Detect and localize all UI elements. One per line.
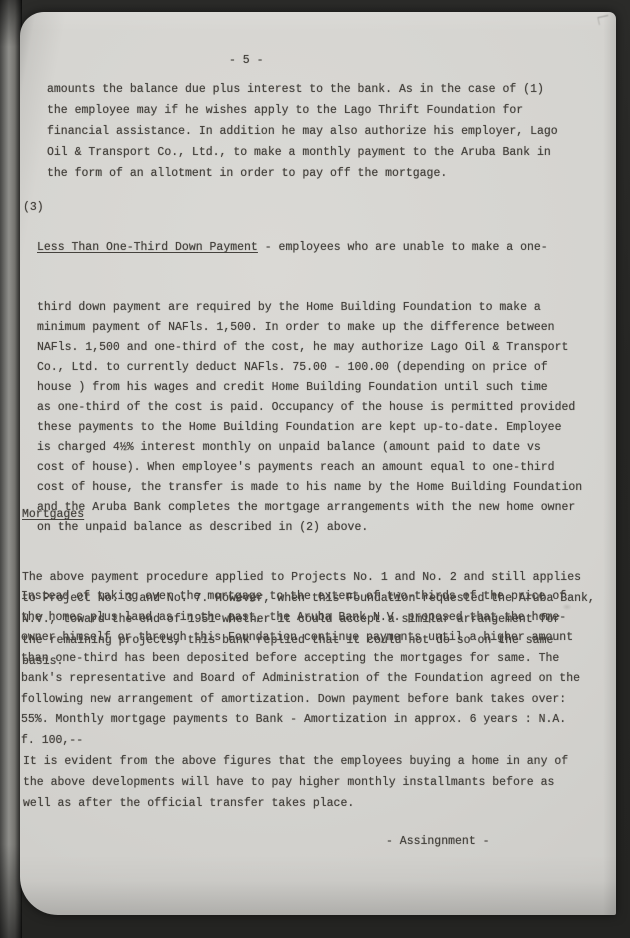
text-line: It is evident from the above figures tha… [23, 751, 568, 772]
text-line: following new arrangement of amortizatio… [21, 690, 580, 711]
text-line: the homes plus land as in the past, the … [21, 608, 580, 629]
text-line: Co., Ltd. to currently deduct NAFls. 75.… [37, 358, 582, 378]
text-line: these payments to the Home Building Foun… [37, 418, 582, 438]
mortgages-heading: Mortgages [22, 504, 595, 525]
text-line: Instead of taking over the mortgage to t… [21, 587, 580, 608]
footer-note: - Assingnment - [386, 831, 490, 852]
text-line: f. 100,-- [21, 731, 580, 752]
item-3-heading-rest: - employees who are unable to make a one… [258, 241, 548, 254]
text-line: than one-third has been deposited before… [21, 649, 580, 670]
page-number: - 5 - [229, 50, 264, 71]
text-line: the above developments will have to pay … [23, 772, 568, 793]
conclusion-paragraph: It is evident from the above figures tha… [23, 751, 568, 814]
text-line: is charged 4½% interest monthly on unpai… [37, 438, 582, 458]
item-3-heading: Less Than One-Third Down Payment [37, 241, 258, 254]
text-line: 55%. Monthly mortgage payments to Bank -… [21, 710, 580, 731]
text-line: Oil & Transport Co., Ltd., to make a mon… [47, 142, 558, 163]
book-spine [0, 0, 22, 938]
text-line: The above payment procedure applied to P… [22, 567, 595, 588]
scanned-document-page: - 5 - amounts the balance due plus inter… [0, 0, 630, 938]
text-line: well as after the official transfer take… [23, 793, 568, 814]
text-line: third down payment are required by the H… [37, 298, 582, 318]
text-line: NAFls. 1,500 and one-third of the cost, … [37, 338, 582, 358]
text-line: financial assistance. In addition he may… [47, 121, 558, 142]
text-line: bank's representative and Board of Admin… [21, 669, 580, 690]
text-line: owner himself or through this Foundation… [21, 628, 580, 649]
text-line: minimum payment of NAFls. 1,500. In orde… [37, 318, 582, 338]
item-3-marker: (3) [23, 198, 44, 218]
amortization-paragraph: Instead of taking over the mortgage to t… [21, 587, 580, 751]
item-3-heading-line: (3)Less Than One-Third Down Payment - em… [37, 238, 582, 258]
text-line: as one-third of the cost is paid. Occupa… [37, 398, 582, 418]
text-line: the form of an allotment in order to pay… [47, 163, 558, 184]
continuation-paragraph: amounts the balance due plus interest to… [47, 79, 558, 184]
text-line: house ) from his wages and credit Home B… [37, 378, 582, 398]
text-line: amounts the balance due plus interest to… [47, 79, 558, 100]
text-line: the employee may if he wishes apply to t… [47, 100, 558, 121]
